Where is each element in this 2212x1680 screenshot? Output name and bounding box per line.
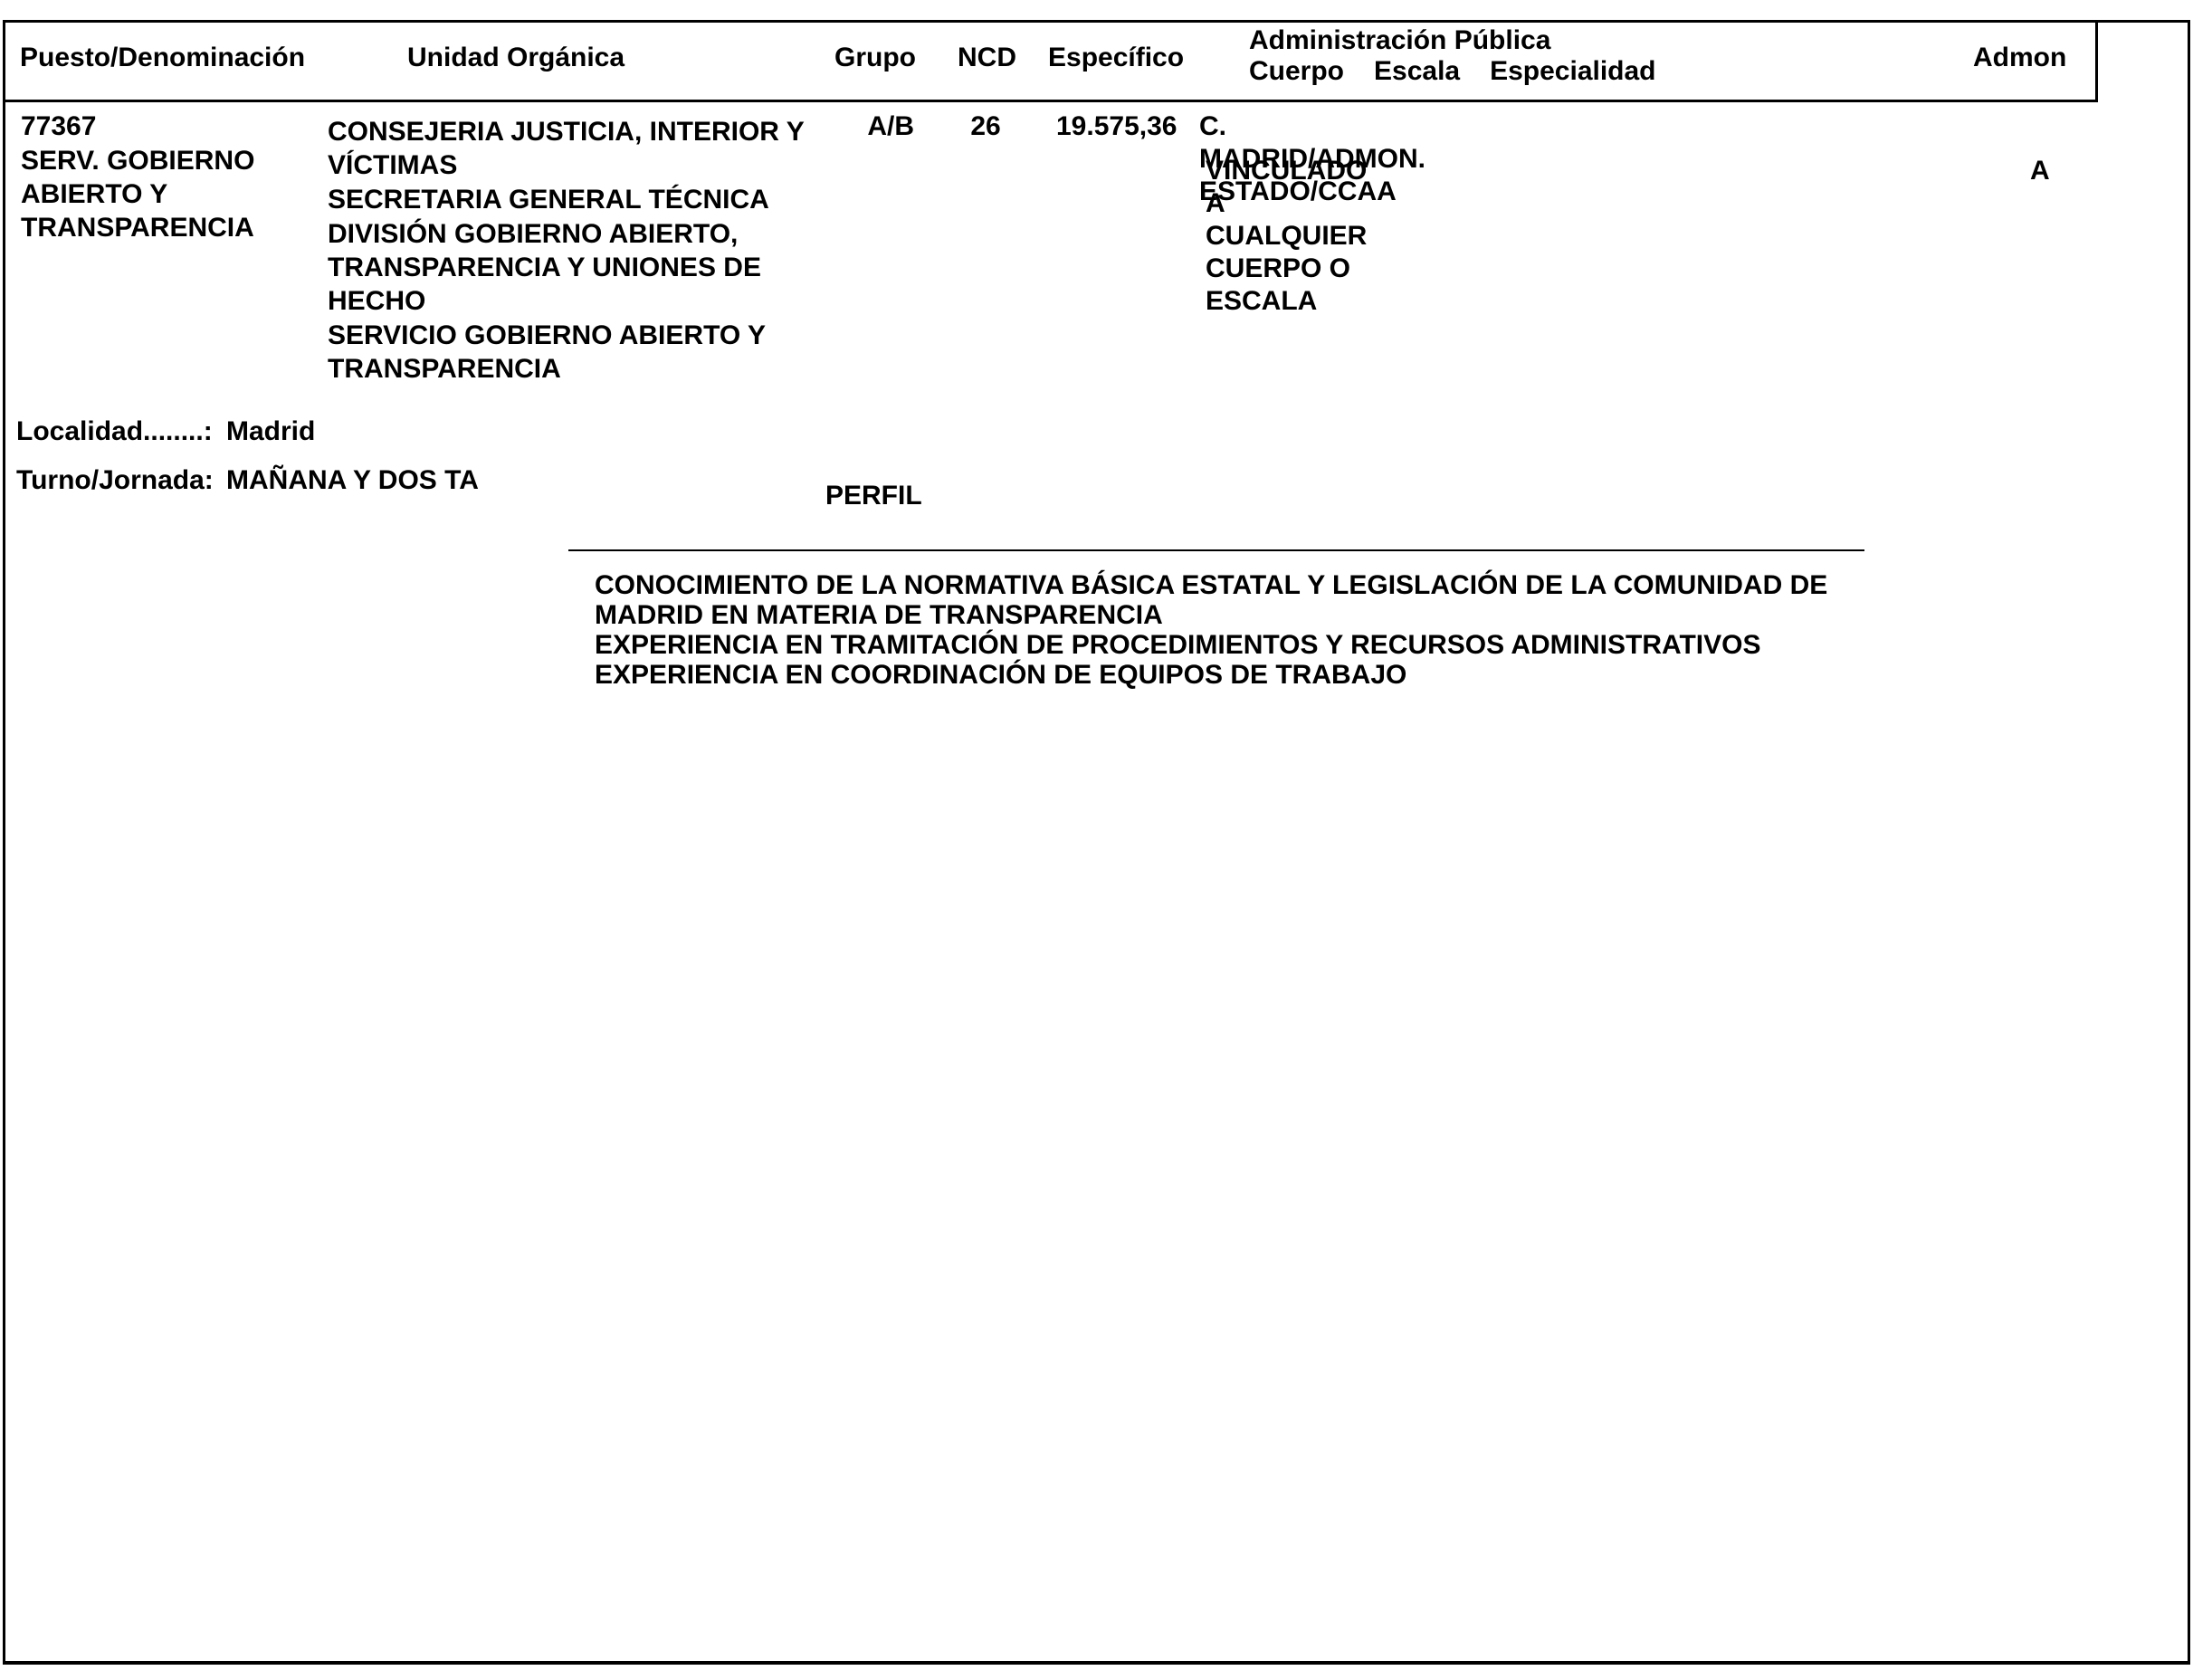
column-header-unidad: Unidad Orgánica bbox=[407, 42, 625, 74]
perfil-title: PERFIL bbox=[825, 480, 922, 512]
subheader-escala: Escala bbox=[1374, 55, 1460, 88]
unidad-organica-entry: SECRETARIA GENERAL TÉCNICA bbox=[328, 183, 816, 216]
unidad-organica-entry: CONSEJERIA JUSTICIA, INTERIOR Y VÍCTIMAS bbox=[328, 115, 816, 182]
perfil-divider bbox=[568, 549, 1864, 551]
column-subheaders-cuerpo-escala-especialidad: Cuerpo Escala Especialidad bbox=[1249, 55, 1656, 88]
puesto-nombre: SERV. GOBIERNO ABIERTO Y TRANSPARENCIA bbox=[21, 144, 265, 244]
ncd-value: 26 bbox=[958, 110, 1014, 143]
unidad-organica-entry: SERVICIO GOBIERNO ABIERTO Y TRANSPARENCI… bbox=[328, 319, 816, 386]
unidad-organica-entry: DIVISIÓN GOBIERNO ABIERTO, TRANSPARENCIA… bbox=[328, 217, 816, 318]
puesto-id: 77367 bbox=[21, 110, 96, 143]
perfil-items: CONOCIMIENTO DE LA NORMATIVA BÁSICA ESTA… bbox=[595, 570, 1880, 690]
perfil-item: CONOCIMIENTO DE LA NORMATIVA BÁSICA ESTA… bbox=[595, 570, 1880, 630]
admon-value: A bbox=[2030, 155, 2050, 187]
unidad-organica-cell: CONSEJERIA JUSTICIA, INTERIOR Y VÍCTIMAS… bbox=[328, 115, 816, 387]
column-header-especifico: Específico bbox=[1048, 42, 1184, 74]
column-header-admon: Admon bbox=[1973, 42, 2066, 74]
document-page: Puesto/Denominación Unidad Orgánica Grup… bbox=[0, 0, 2212, 1680]
turno-jornada-value: MAÑANA Y DOS TA bbox=[226, 464, 479, 497]
column-header-puesto: Puesto/Denominación bbox=[20, 42, 305, 74]
column-header-ncd: NCD bbox=[958, 42, 1016, 74]
turno-jornada-label: Turno/Jornada: bbox=[16, 464, 214, 497]
subheader-especialidad: Especialidad bbox=[1490, 55, 1655, 88]
localidad-label: Localidad........: bbox=[16, 415, 213, 448]
localidad-value: Madrid bbox=[226, 415, 315, 448]
grupo-value: A/B bbox=[833, 110, 914, 143]
subheader-cuerpo: Cuerpo bbox=[1249, 55, 1344, 88]
especifico-value: 19.575,36 bbox=[1056, 110, 1177, 143]
perfil-item: EXPERIENCIA EN TRAMITACIÓN DE PROCEDIMIE… bbox=[595, 630, 1880, 660]
cuerpo-escala-value: VINCULADO A CUALQUIER CUERPO O ESCALA bbox=[1206, 155, 1367, 318]
perfil-item: EXPERIENCIA EN COORDINACIÓN DE EQUIPOS D… bbox=[595, 660, 1880, 690]
column-header-grupo: Grupo bbox=[834, 42, 916, 74]
column-header-administracion-publica: Administración Pública bbox=[1249, 24, 1550, 57]
